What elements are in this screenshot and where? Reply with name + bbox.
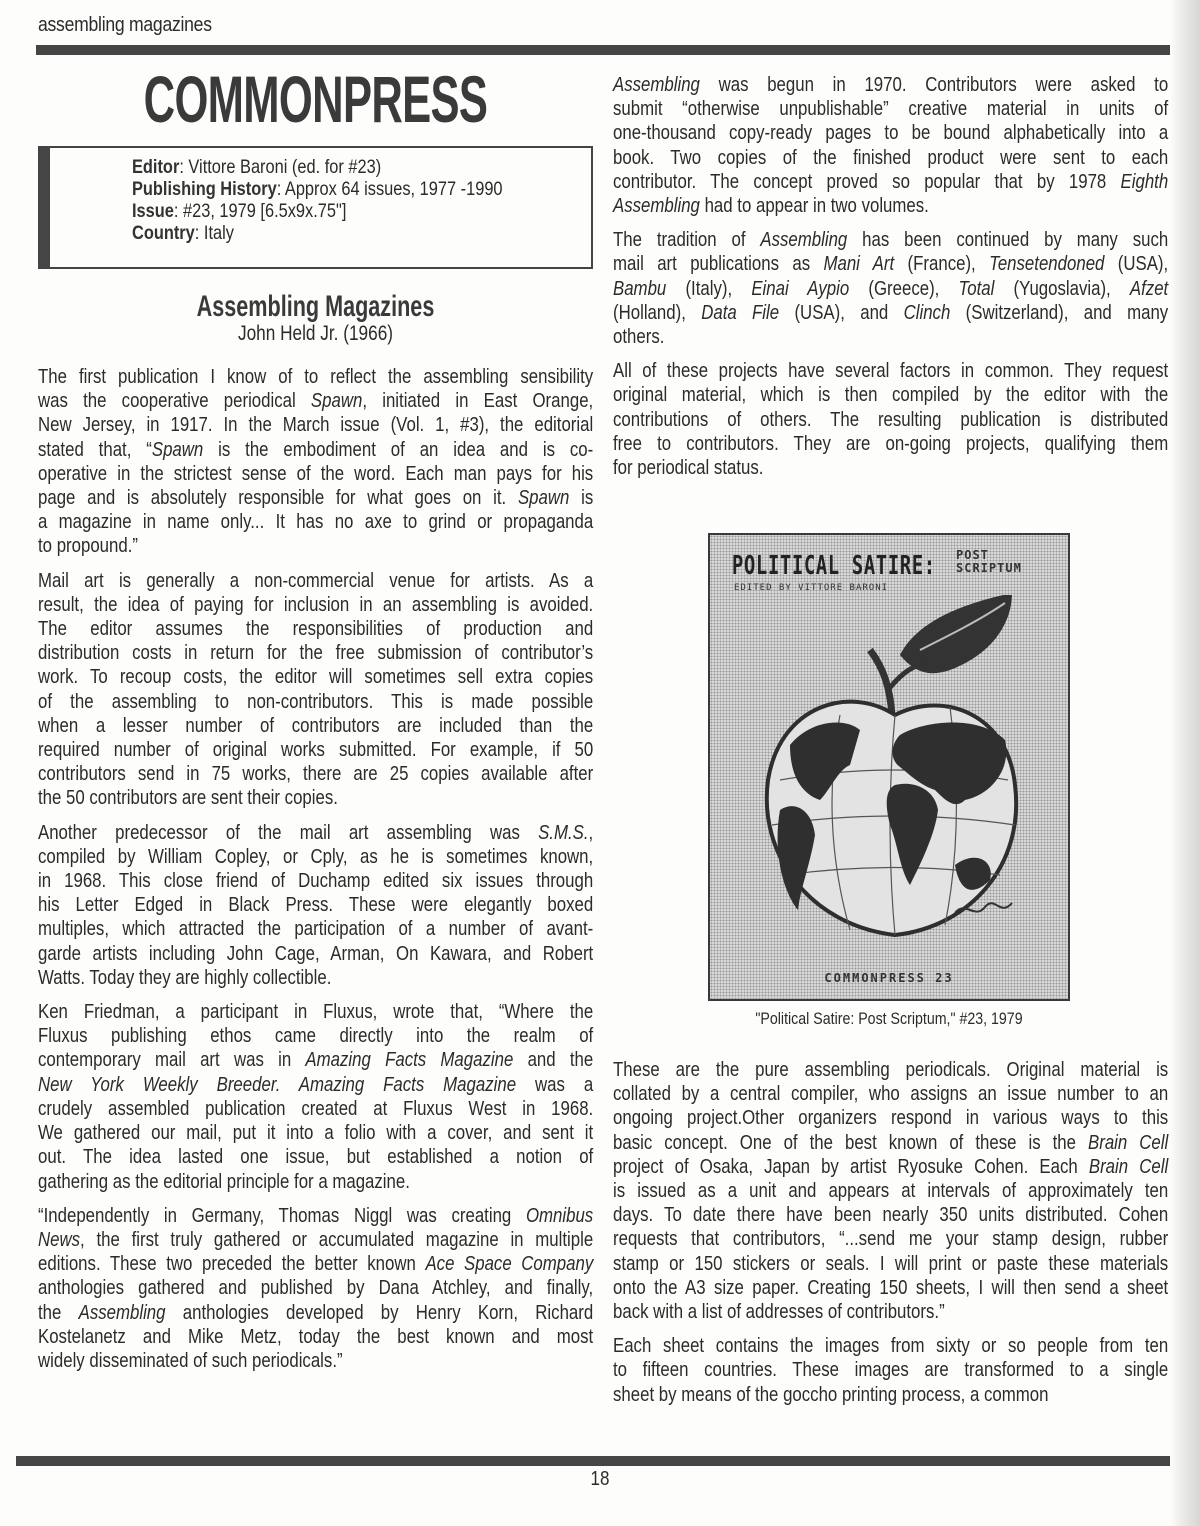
text-line: contemporary mail art was in Amazing Fac… (38, 1048, 593, 1072)
text-line: mail art publications as Mani Art (Franc… (613, 252, 1168, 276)
text-line: operative in the strictest sense of the … (38, 462, 593, 486)
text-line: work. To recoup costs, the editor will s… (38, 665, 593, 689)
cover-subtitle-line: SCRIPTUM (956, 562, 1022, 575)
italic-title: Mani Art (823, 252, 894, 275)
text-line: (Holland), Data File (USA), and Clinch (… (613, 301, 1168, 325)
italic-title: Spawn (311, 389, 362, 412)
paragraph: Assembling was begun in 1970. Contributo… (613, 73, 1168, 218)
text-line: stamp or 150 stickers or seals. I will p… (613, 1252, 1168, 1276)
italic-title: Spawn (152, 438, 203, 461)
italic-title: Brain Cell (1088, 1131, 1168, 1154)
paragraph: Another predecessor of the mail art asse… (38, 821, 593, 990)
text-line: page and is absolutely responsible for w… (38, 486, 593, 510)
paragraph: “Independently in Germany, Thomas Niggl … (38, 1204, 593, 1373)
figure-caption: "Political Satire: Post Scriptum," #23, … (733, 1010, 1044, 1029)
paragraph: The first publication I know of to refle… (38, 365, 593, 559)
text-line: All of these projects have several facto… (613, 359, 1168, 383)
italic-title: Brain Cell (1089, 1155, 1168, 1178)
text-line: News, the first truly gathered or accumu… (38, 1228, 593, 1252)
info-value: : Vittore Baroni (ed. for #23) (179, 156, 381, 178)
italic-title: Total (959, 277, 995, 300)
text-line: to propound.” (38, 534, 593, 558)
paragraph: Each sheet contains the images from sixt… (613, 1334, 1168, 1407)
paragraph: The tradition of Assembling has been con… (613, 228, 1168, 349)
italic-title: Omnibus (526, 1204, 593, 1227)
text-line: original material, which is then compile… (613, 383, 1168, 407)
italic-title: Assembling (760, 228, 847, 251)
text-line: result, the idea of paying for inclusion… (38, 593, 593, 617)
right-column-lower: These are the pure assembling periodical… (613, 1058, 1168, 1417)
italic-title: Bambu (613, 277, 666, 300)
text-line: required number of original works submit… (38, 738, 593, 762)
italic-title: Spawn (518, 486, 569, 509)
running-head: assembling magazines (38, 14, 212, 37)
italic-title: Ace Space Company (425, 1252, 593, 1275)
text-line: when a lesser number of contributors are… (38, 714, 593, 738)
text-line: others. (613, 325, 1168, 349)
cover-footer: COMMONPRESS 23 (710, 971, 1068, 985)
italic-title: Amazing Facts Magazine (305, 1048, 513, 1071)
left-column: COMMONPRESS Editor: Vittore Baroni (ed. … (38, 60, 593, 1383)
article-title: Assembling Magazines (116, 291, 516, 323)
text-line: gathering as the editorial principle for… (38, 1170, 593, 1194)
info-label: Issue (132, 200, 174, 222)
text-line: book. Two copies of the finished product… (613, 146, 1168, 170)
text-line: anthologies gathered and published by Da… (38, 1276, 593, 1300)
text-line: to fifteen countries. These images are t… (613, 1358, 1168, 1382)
text-line: back with a list of addresses of contrib… (613, 1300, 1168, 1324)
text-line: contributor. The concept proved so popul… (613, 170, 1168, 194)
info-value: : #23, 1979 [6.5x9x.75"] (174, 200, 346, 222)
text-line: contributions of others. The resulting p… (613, 408, 1168, 432)
text-line: Bambu (Italy), Einai Aypio (Greece), Tot… (613, 277, 1168, 301)
italic-title: Assembling (613, 73, 700, 96)
info-label: Publishing History (132, 178, 277, 200)
text-line: collated by a central compiler, who assi… (613, 1082, 1168, 1106)
text-line: contributors send in 75 works, there are… (38, 762, 593, 786)
text-line: sheet by means of the goccho printing pr… (613, 1383, 1168, 1407)
italic-title: Einai Aypio (751, 277, 849, 300)
header-rule (36, 45, 1170, 55)
page-edge-shadow (1170, 0, 1200, 1526)
text-line: submit “otherwise unpublishable” creativ… (613, 97, 1168, 121)
text-line: onto the A3 size paper. Creating 150 she… (613, 1276, 1168, 1300)
text-line: is issued as a unit and appears at inter… (613, 1179, 1168, 1203)
italic-title: Afzet (1130, 277, 1168, 300)
italic-title: Data File (701, 301, 779, 324)
text-line: basic concept. One of the best known of … (613, 1131, 1168, 1155)
info-issue: Issue: #23, 1979 [6.5x9x.75"] (132, 200, 509, 222)
text-line: multiples, which attracted the participa… (38, 917, 593, 941)
text-line: Watts. Today they are highly collectible… (38, 966, 593, 990)
text-line: The editor assumes the responsibilities … (38, 617, 593, 641)
page-number: 18 (90, 1468, 1110, 1491)
text-line: Assembling had to appear in two volumes. (613, 194, 1168, 218)
text-line: of the assembling to non-contributors. T… (38, 690, 593, 714)
paragraph: Mail art is generally a non-commercial v… (38, 569, 593, 811)
text-line: We gathered our mail, put it into a foli… (38, 1121, 593, 1145)
text-line: requests that contributors, “...send me … (613, 1227, 1168, 1251)
text-line: The first publication I know of to refle… (38, 365, 593, 389)
magazine-title: COMMONPRESS (132, 62, 498, 136)
text-line: garde artists including John Cage, Arman… (38, 942, 593, 966)
paragraph: These are the pure assembling periodical… (613, 1058, 1168, 1324)
text-line: a magazine in name only... It has no axe… (38, 510, 593, 534)
italic-title: Eighth (1121, 170, 1169, 193)
text-line: Assembling was begun in 1970. Contributo… (613, 73, 1168, 97)
italic-title: Assembling (79, 1301, 166, 1324)
italic-title: News (38, 1228, 80, 1251)
text-line: Fluxus publishing ethos came directly in… (38, 1024, 593, 1048)
text-line: free to contributors. They are on-going … (613, 432, 1168, 456)
article-byline: John Held Jr. (1966) (88, 323, 543, 345)
text-line: The tradition of Assembling has been con… (613, 228, 1168, 252)
paragraph: Ken Friedman, a participant in Fluxus, w… (38, 1000, 593, 1194)
info-label: Editor (132, 156, 179, 178)
text-line: was the cooperative periodical Spawn, in… (38, 389, 593, 413)
text-line: compiled by William Copley, or Cply, as … (38, 845, 593, 869)
italic-title: Tensetendoned (989, 252, 1104, 275)
text-line: Each sheet contains the images from sixt… (613, 1334, 1168, 1358)
text-line: crudely assembled publication created at… (38, 1097, 593, 1121)
text-line: for periodical status. (613, 456, 1168, 480)
text-line: out. The idea lasted one issue, but esta… (38, 1145, 593, 1169)
cover-subtitle: POST SCRIPTUM (956, 549, 1022, 575)
info-publishing-history: Publishing History: Approx 64 issues, 19… (132, 178, 509, 200)
text-line: Another predecessor of the mail art asse… (38, 821, 593, 845)
text-line: ongoing project.Other organizers respond… (613, 1106, 1168, 1130)
cover-title: POLITICAL SATIRE: (732, 551, 936, 581)
info-label: Country (132, 222, 195, 244)
text-line: his Letter Edged in Black Press. These w… (38, 893, 593, 917)
text-line: New York Weekly Breeder. Amazing Facts M… (38, 1073, 593, 1097)
text-line: distribution costs in return for the fre… (38, 641, 593, 665)
text-line: “Independently in Germany, Thomas Niggl … (38, 1204, 593, 1228)
text-line: Kostelanetz and Mike Metz, today the bes… (38, 1325, 593, 1349)
italic-title: S.M.S. (538, 821, 588, 844)
info-editor: Editor: Vittore Baroni (ed. for #23) (132, 156, 509, 178)
right-column-upper: Assembling was begun in 1970. Contributo… (613, 73, 1168, 490)
info-value: : Italy (195, 222, 234, 244)
info-country: Country: Italy (132, 222, 509, 244)
text-line: the 50 contributors are sent their copie… (38, 786, 593, 810)
cover-illustration: POLITICAL SATIRE: POST SCRIPTUM EDITED B… (708, 533, 1070, 1001)
text-line: These are the pure assembling periodical… (613, 1058, 1168, 1082)
italic-title: New York Weekly Breeder. Amazing Facts M… (38, 1073, 516, 1096)
text-line: one-thousand copy-ready pages to be boun… (613, 121, 1168, 145)
text-line: in 1968. This close friend of Duchamp ed… (38, 869, 593, 893)
apple-globe-icon (750, 595, 1040, 955)
footer-rule (16, 1456, 1170, 1466)
cover-editor-line: EDITED BY VITTORE BARONI (734, 583, 888, 593)
info-value: : Approx 64 issues, 1977 -1990 (277, 178, 503, 200)
magazine-info-box: Editor: Vittore Baroni (ed. for #23) Pub… (38, 146, 593, 269)
italic-title: Assembling (613, 194, 700, 217)
text-line: project of Osaka, Japan by artist Ryosuk… (613, 1155, 1168, 1179)
italic-title: Clinch (904, 301, 951, 324)
text-line: days. To date there have been nearly 350… (613, 1203, 1168, 1227)
paragraph: All of these projects have several facto… (613, 359, 1168, 480)
text-line: widely disseminated of such periodicals.… (38, 1349, 593, 1373)
text-line: editions. These two preceded the better … (38, 1252, 593, 1276)
text-line: the Assembling anthologies developed by … (38, 1301, 593, 1325)
text-line: Ken Friedman, a participant in Fluxus, w… (38, 1000, 593, 1024)
text-line: New Jersey, in 1917. In the March issue … (38, 413, 593, 437)
text-line: stated that, “Spawn is the embodiment of… (38, 438, 593, 462)
text-line: Mail art is generally a non-commercial v… (38, 569, 593, 593)
